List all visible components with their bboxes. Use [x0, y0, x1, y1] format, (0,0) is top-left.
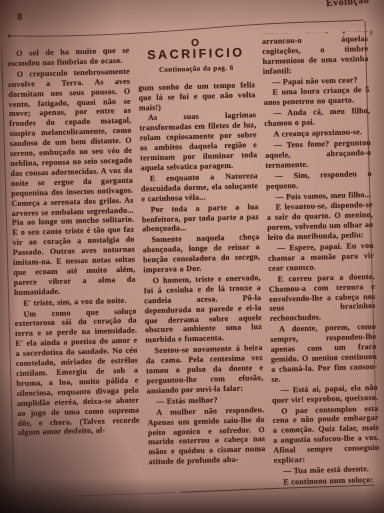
- paragraph: — Espere, papai. Eu vou chamar a mamãe p…: [268, 241, 375, 274]
- journal-masthead: Evolução: [325, 0, 369, 9]
- page-number: 8: [17, 12, 22, 23]
- paragraph: E levantou-se, dispondo-se a sair do qua…: [267, 200, 374, 243]
- paragraph: Um como que soluço extertoroso sái do co…: [14, 306, 140, 438]
- paragraph: Por toda a parte a lua benfeitora, por t…: [142, 202, 260, 235]
- paragraph: E correu para a doente. Chamou-a com ter…: [269, 272, 376, 324]
- article-column-middle: O SACRIFICIO Continuação da pag. 6 gum s…: [137, 34, 267, 499]
- paragraph: O pae contemplou esta cena e não poude e…: [272, 403, 380, 465]
- paragraph: As suas lagrimas transformadas em filete…: [139, 111, 258, 174]
- paragraph: — Anda cá, meu filho, chamou o pai.: [264, 106, 371, 129]
- paragraph: — Sim, respondeu o pequeno.: [266, 169, 373, 192]
- paragraph: Somente naquela choça abençoada, longe d…: [142, 232, 260, 275]
- page-content: 8 Evolução 8 O sol de ha muito que se es…: [0, 0, 384, 513]
- paragraph: E enquanto a Natureza descuidada dorme, …: [141, 171, 259, 204]
- article-title: SACRIFICIO: [137, 48, 254, 61]
- paragraph: timento. Breve, porem, arrancou-o áquela…: [262, 31, 369, 76]
- continuation-note: Continuação da pag. 6: [138, 63, 255, 76]
- paragraph: O crepusculo tenebrosamente envolve a Te…: [8, 66, 136, 297]
- middle-column-body: gum sonho de um tempo feliz que lá se fo…: [138, 80, 266, 468]
- paragraph: O homem, triste e enervado, foi á cosinh…: [144, 273, 263, 346]
- svg-text:x: x: [13, 496, 16, 502]
- stray-ink-mark: 8: [369, 29, 373, 37]
- newspaper-page-photo: 8 Evolução 8 O sol de ha muito que se es…: [0, 0, 384, 513]
- paragraph: — Tens fome? perguntou aquele, abraçando…: [265, 138, 372, 171]
- paragraph: A doente, porem, como sempre, respondeu-…: [270, 322, 378, 384]
- article-column-left: O sol de ha muito que se escondeu nas fi…: [7, 38, 142, 503]
- paragraph: O sol de ha muito que se escondeu nas fi…: [7, 46, 130, 69]
- paragraph: E uma loura criança de 5 anos penetrou n…: [263, 85, 370, 108]
- paragraph: gum sonho de um tempo feliz que lá se fo…: [138, 80, 256, 113]
- article-column-right: timento. Breve, porem, arrancou-o áquela…: [262, 31, 381, 496]
- paragraph: — Está ai, papai, ela não quer vir! expr…: [272, 383, 379, 406]
- article-columns: O sol de ha muito que se escondeu nas fi…: [7, 31, 381, 503]
- paragraph: A mulher não respondeu. Apenas um gemido…: [147, 405, 266, 468]
- paragraph: Sentou-se novamente á beira da cama. Pel…: [145, 343, 263, 396]
